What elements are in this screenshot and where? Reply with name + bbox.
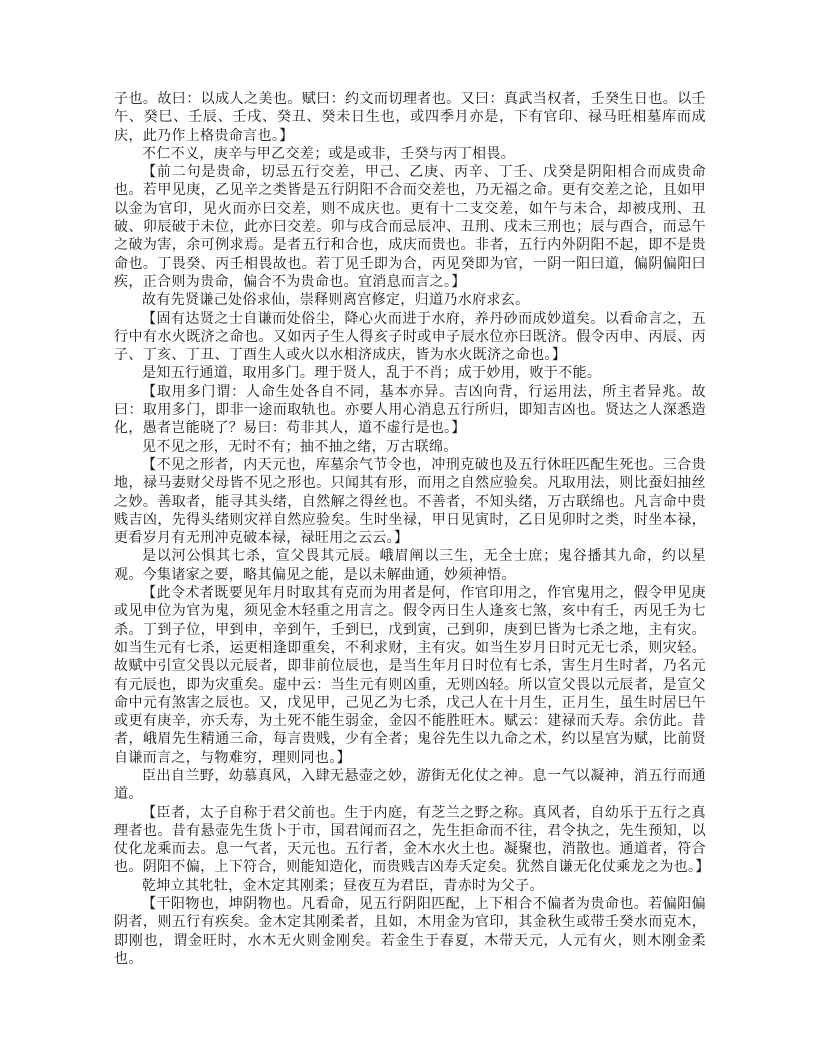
- verse-paragraph: 故有先贤谦己处俗求仙，崇释则离宫修定，归道乃水府求玄。: [114, 292, 706, 310]
- commentary-paragraph: 【前二句是贵命，切忌五行交差，甲己、乙庚、丙辛、丁壬、戊癸是阴阳相合而成贵命也。…: [114, 164, 706, 292]
- commentary-paragraph: 【臣者，太子自称于君父前也。生于内庭，有芝兰之野之称。真风者，自幼乐于五行之真理…: [114, 805, 706, 878]
- commentary-paragraph: 子也。故曰：以成人之美也。赋曰：约文而切理者也。又曰：真武当权者，壬癸生日也。以…: [114, 91, 706, 146]
- verse-paragraph: 乾坤立其牝牡，金木定其刚柔；昼夜互为君臣，青赤时为父子。: [114, 878, 706, 896]
- verse-paragraph: 是知五行通道，取用多门。理于贤人，乱于不肖；成于妙用，败于不能。: [114, 365, 706, 383]
- commentary-paragraph: 【不见之形者，内天元也，库墓余气节令也，冲刑克破也及五行休旺匹配生死也。三合贵地…: [114, 457, 706, 548]
- verse-paragraph: 臣出自兰野，幼慕真风，入肆无悬壶之妙，游街无化仗之神。息一气以凝神，消五行而通道…: [114, 768, 706, 805]
- commentary-paragraph: 【此令术者既要见年月时取其有克而为用者是何，作官印用之，作官鬼用之，假令甲见庚或…: [114, 585, 706, 768]
- verse-paragraph: 见不见之形，无时不有；抽不抽之绪，万古联绵。: [114, 439, 706, 457]
- verse-paragraph: 是以河公惧其七杀，宣父畏其元辰。峨眉阐以三生，无全士庶；鬼谷播其九命，约以星观。…: [114, 548, 706, 585]
- verse-paragraph: 不仁不义，庚辛与甲乙交差；或是或非，壬癸与丙丁相畏。: [114, 146, 706, 164]
- commentary-paragraph: 【取用多门谓：人命生处各自不同，基本亦异。吉凶向背，行运用法，所主者异兆。故曰：…: [114, 384, 706, 439]
- text-block: 子也。故曰：以成人之美也。赋曰：约文而切理者也。又曰：真武当权者，壬癸生日也。以…: [114, 91, 706, 969]
- document-page: 子也。故曰：以成人之美也。赋曰：约文而切理者也。又曰：真武当权者，壬癸生日也。以…: [0, 0, 816, 1056]
- commentary-paragraph: 【干阳物也，坤阴物也。凡看命，见五行阴阳匹配，上下相合不偏者为贵命也。若偏阳偏阴…: [114, 896, 706, 969]
- commentary-paragraph: 【固有达贤之士自谦而处俗尘，降心火而进于水府，养丹砂而成妙道矣。以看命言之，五行…: [114, 311, 706, 366]
